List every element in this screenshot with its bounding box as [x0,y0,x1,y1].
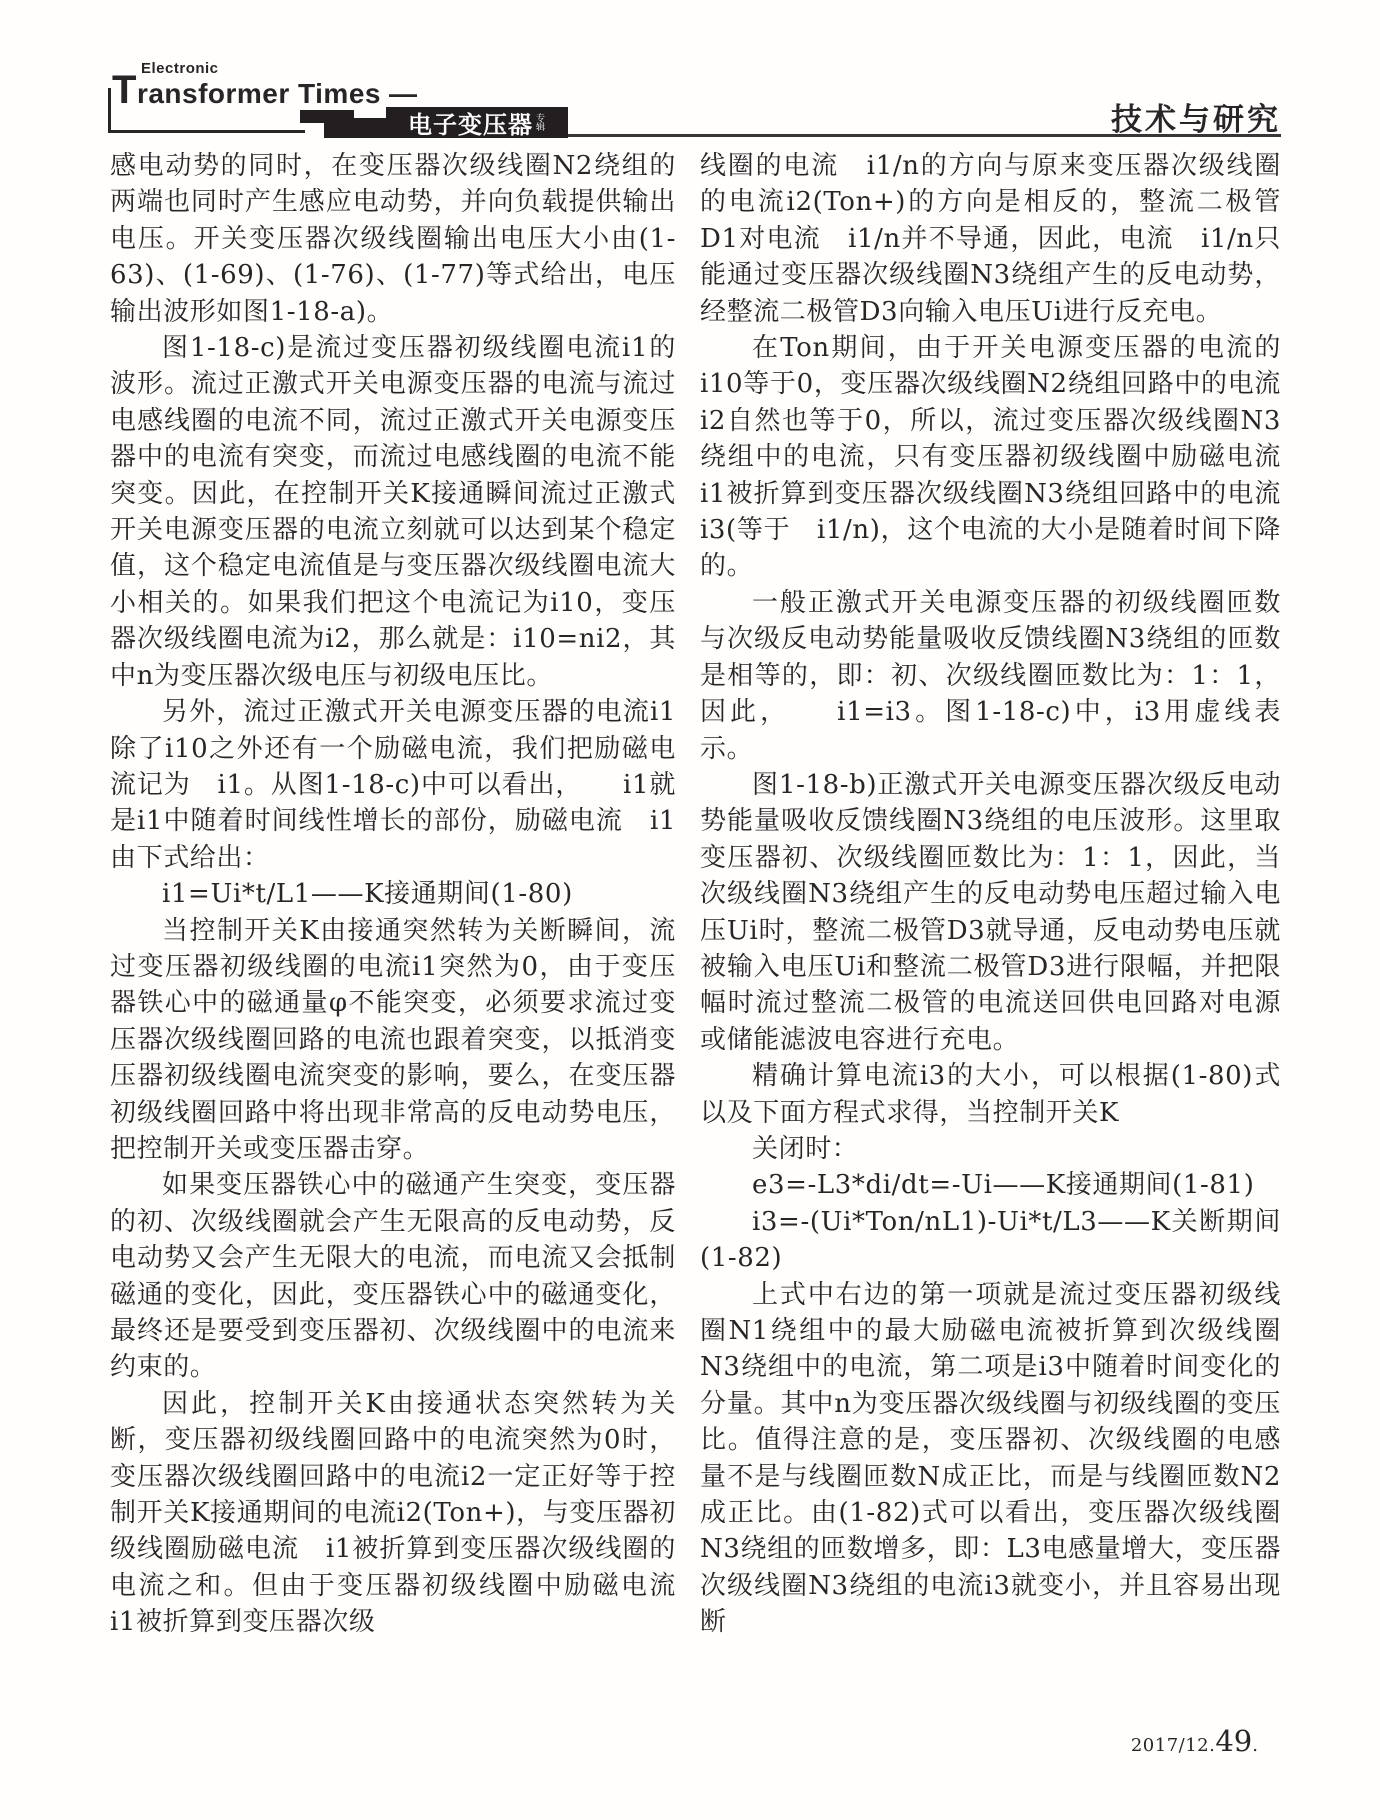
magazine-page: Electronic Transformer Times — 电子变压器 专辑 … [0,0,1380,1820]
magazine-logo-text: 电子变压器 [408,105,533,140]
footer-period: . [1252,1735,1258,1756]
paragraph: 因此，控制开关K由接通状态突然转为关断，变压器初级线圈回路中的电流突然为0时，变… [110,1386,676,1641]
paragraph: 图1-18-b)正激式开关电源变压器次级反电动势能量吸收反馈线圈N3绕组的电压波… [700,767,1281,1058]
paragraph: 感电动势的同时，在变压器次级线圈N2绕组的两端也同时产生感应电动势，并向负载提供… [110,148,676,330]
article-column-left: 感电动势的同时，在变压器次级线圈N2绕组的两端也同时产生感应电动势，并向负载提供… [110,148,676,1641]
page-footer: 2017/12.49. [1131,1724,1258,1758]
paragraph: e3=-L3*di/dt=-Ui——K接通期间(1-81) [700,1167,1281,1203]
paragraph: 如果变压器铁心中的磁通产生突变，变压器的初、次级线圈就会产生无限高的反电动势，反… [110,1167,676,1385]
article-body: 感电动势的同时，在变压器次级线圈N2绕组的两端也同时产生感应电动势，并向负载提供… [110,148,1281,1641]
magazine-logo-subtitle: 专辑 [536,114,546,132]
paragraph: i1=Ui*t/L1——K接通期间(1-80) [110,876,676,912]
paragraph: 一般正激式开关电源变压器的初级线圈匝数与次级反电动势能量吸收反馈线圈N3绕组的匝… [700,585,1281,767]
section-title: 技术与研究 [1111,94,1281,139]
paragraph: 精确计算电流i3的大小，可以根据(1-80)式以及下面方程式求得，当控制开关K [700,1058,1281,1131]
paragraph: 另外，流过正激式开关电源变压器的电流i1除了i10之外还有一个励磁电流，我们把励… [110,694,676,876]
paragraph: 当控制开关K由接通突然转为关断瞬间，流过变压器初级线圈的电流i1突然为0，由于变… [110,913,676,1168]
paragraph: 图1-18-c)是流过变压器初级线圈电流i1的波形。流过正激式开关电源变压器的电… [110,330,676,694]
paragraph: 上式中右边的第一项就是流过变压器初级线圈N1绕组中的最大励磁电流被折算到次级线圈… [700,1277,1281,1641]
masthead-title-rest: ransformer Times [137,78,381,110]
masthead-title: Transformer Times — [112,68,417,113]
paragraph: i3=-(Ui*Ton/nL1)-Ui*t/L3——K关断期间(1-82) [700,1204,1281,1277]
paragraph: 线圈的电流 i1/n的方向与原来变压器次级线圈的电流i2(Ton+)的方向是相反… [700,148,1281,330]
magazine-logo: 电子变压器 专辑 [386,107,568,138]
paragraph: 在Ton期间，由于开关电源变压器的电流的i10等于0，变压器次级线圈N2绕组回路… [700,330,1281,585]
article-column-right: 线圈的电流 i1/n的方向与原来变压器次级线圈的电流i2(Ton+)的方向是相反… [700,148,1281,1641]
footer-page-number: 49 [1215,1724,1252,1758]
footer-issue: 2017/12. [1131,1735,1216,1756]
masthead-title-initial: T [112,68,137,113]
paragraph: 关闭时： [700,1131,1281,1167]
logo-step-shape [324,118,394,138]
